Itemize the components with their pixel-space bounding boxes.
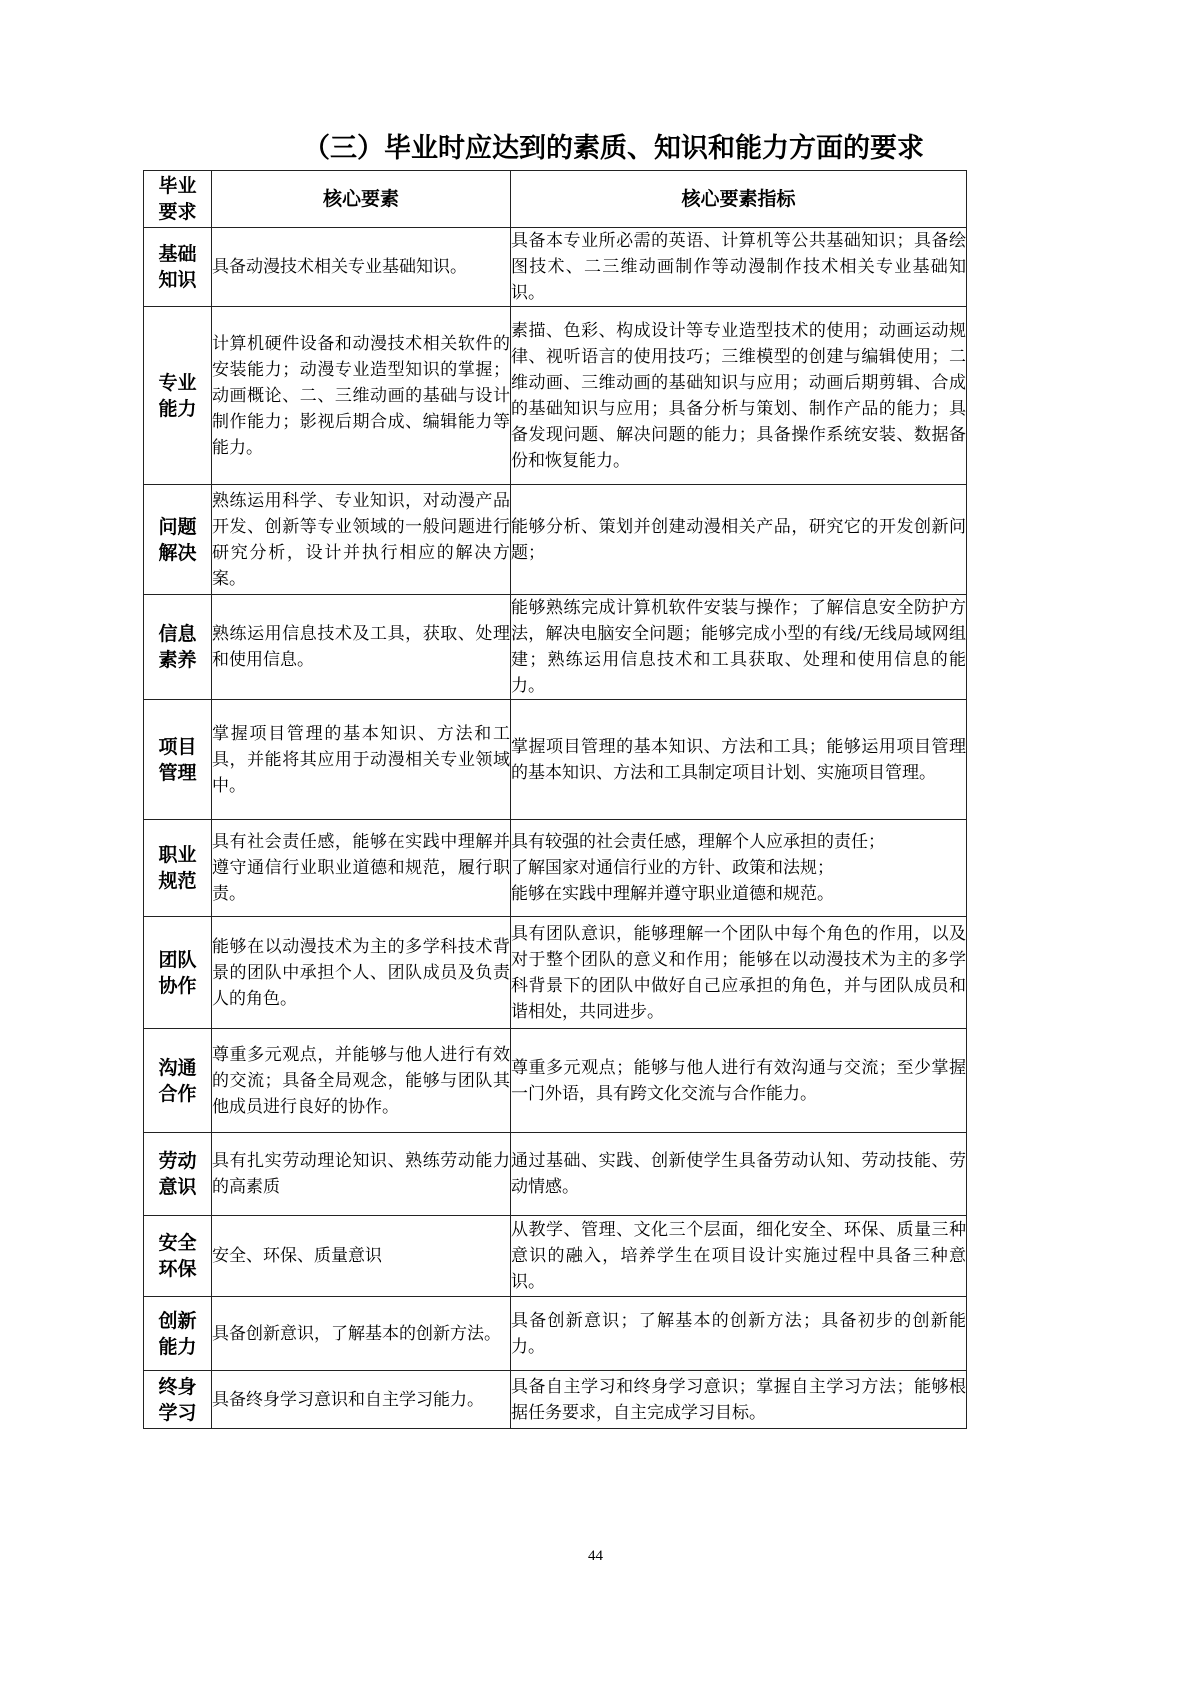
core-element: 具备动漫技术相关专业基础知识。 xyxy=(212,228,511,307)
core-element: 熟练运用信息技术及工具，获取、处理和使用信息。 xyxy=(212,595,511,700)
indicator-line: 具有较强的社会责任感，理解个人应承担的责任； xyxy=(511,829,966,855)
header-core-indicator: 核心要素指标 xyxy=(511,171,967,228)
requirements-table: 毕业 要求 核心要素 核心要素指标 基础 知识 具备动漫技术相关专业基础知识。 … xyxy=(143,170,967,1429)
req-line: 协作 xyxy=(144,973,211,999)
requirement-name: 安全 环保 xyxy=(144,1216,212,1297)
core-indicator: 具备创新意识；了解基本的创新方法；具备初步的创新能力。 xyxy=(511,1297,967,1371)
req-line: 职业 xyxy=(144,842,211,868)
req-line: 意识 xyxy=(144,1174,211,1200)
core-indicator: 具有团队意识，能够理解一个团队中每个角色的作用，以及对于整个团队的意义和作用；能… xyxy=(511,917,967,1029)
table-row: 团队 协作 能够在以动漫技术为主的多学科技术背景的团队中承担个人、团队成员及负责… xyxy=(144,917,967,1029)
core-element: 熟练运用科学、专业知识，对动漫产品开发、创新等专业领域的一般问题进行研究分析，设… xyxy=(212,485,511,595)
req-line: 专业 xyxy=(144,370,211,396)
req-line: 能力 xyxy=(144,396,211,422)
table-row: 安全 环保 安全、环保、质量意识 从教学、管理、文化三个层面，细化安全、环保、质… xyxy=(144,1216,967,1297)
req-line: 学习 xyxy=(144,1400,211,1426)
req-line: 知识 xyxy=(144,267,211,293)
req-line: 安全 xyxy=(144,1230,211,1256)
core-indicator: 掌握项目管理的基本知识、方法和工具；能够运用项目管理的基本知识、方法和工具制定项… xyxy=(511,700,967,820)
core-element: 掌握项目管理的基本知识、方法和工具，并能将其应用于动漫相关专业领域中。 xyxy=(212,700,511,820)
req-line: 管理 xyxy=(144,760,211,786)
req-line: 信息 xyxy=(144,621,211,647)
req-line: 素养 xyxy=(144,647,211,673)
core-indicator: 能够分析、策划并创建动漫相关产品，研究它的开发创新问题； xyxy=(511,485,967,595)
core-element: 具备创新意识，了解基本的创新方法。 xyxy=(212,1297,511,1371)
requirement-name: 专业 能力 xyxy=(144,307,212,485)
requirement-name: 团队 协作 xyxy=(144,917,212,1029)
requirement-name: 劳动 意识 xyxy=(144,1133,212,1216)
indicator-line: 了解国家对通信行业的方针、政策和法规； xyxy=(511,855,966,881)
page-number: 44 xyxy=(0,1548,1191,1565)
requirement-name: 创新 能力 xyxy=(144,1297,212,1371)
requirement-name: 问题 解决 xyxy=(144,485,212,595)
table-row: 项目 管理 掌握项目管理的基本知识、方法和工具，并能将其应用于动漫相关专业领域中… xyxy=(144,700,967,820)
req-line: 合作 xyxy=(144,1081,211,1107)
req-line: 团队 xyxy=(144,947,211,973)
table-header-row: 毕业 要求 核心要素 核心要素指标 xyxy=(144,171,967,228)
core-element: 能够在以动漫技术为主的多学科技术背景的团队中承担个人、团队成员及负责人的角色。 xyxy=(212,917,511,1029)
requirement-name: 基础 知识 xyxy=(144,228,212,307)
table-row: 问题 解决 熟练运用科学、专业知识，对动漫产品开发、创新等专业领域的一般问题进行… xyxy=(144,485,967,595)
req-line: 劳动 xyxy=(144,1148,211,1174)
core-indicator: 具备自主学习和终身学习意识；掌握自主学习方法；能够根据任务要求，自主完成学习目标… xyxy=(511,1371,967,1429)
core-indicator: 尊重多元观点；能够与他人进行有效沟通与交流；至少掌握一门外语，具有跨文化交流与合… xyxy=(511,1029,967,1133)
core-element: 具有扎实劳动理论知识、熟练劳动能力的高素质 xyxy=(212,1133,511,1216)
req-line: 基础 xyxy=(144,241,211,267)
core-element: 具备终身学习意识和自主学习能力。 xyxy=(212,1371,511,1429)
core-indicator: 具有较强的社会责任感，理解个人应承担的责任； 了解国家对通信行业的方针、政策和法… xyxy=(511,820,967,917)
core-indicator: 通过基础、实践、创新使学生具备劳动认知、劳动技能、劳动情感。 xyxy=(511,1133,967,1216)
requirement-name: 终身 学习 xyxy=(144,1371,212,1429)
core-element: 具有社会责任感，能够在实践中理解并遵守通信行业职业道德和规范，履行职责。 xyxy=(212,820,511,917)
table-row: 创新 能力 具备创新意识，了解基本的创新方法。 具备创新意识；了解基本的创新方法… xyxy=(144,1297,967,1371)
section-title: （三）毕业时应达到的素质、知识和能力方面的要求 xyxy=(0,132,1191,166)
req-line: 规范 xyxy=(144,868,211,894)
req-line: 环保 xyxy=(144,1256,211,1282)
core-indicator: 具备本专业所必需的英语、计算机等公共基础知识；具备绘图技术、二三维动画制作等动漫… xyxy=(511,228,967,307)
table-row: 信息 素养 熟练运用信息技术及工具，获取、处理和使用信息。 能够熟练完成计算机软… xyxy=(144,595,967,700)
core-indicator: 素描、色彩、构成设计等专业造型技术的使用；动画运动规律、视听语言的使用技巧；三维… xyxy=(511,307,967,485)
core-element: 安全、环保、质量意识 xyxy=(212,1216,511,1297)
table-row: 劳动 意识 具有扎实劳动理论知识、熟练劳动能力的高素质 通过基础、实践、创新使学… xyxy=(144,1133,967,1216)
requirement-name: 沟通 合作 xyxy=(144,1029,212,1133)
requirement-name: 职业 规范 xyxy=(144,820,212,917)
core-indicator: 能够熟练完成计算机软件安装与操作；了解信息安全防护方法，解决电脑安全问题；能够完… xyxy=(511,595,967,700)
core-indicator: 从教学、管理、文化三个层面，细化安全、环保、质量三种意识的融入，培养学生在项目设… xyxy=(511,1216,967,1297)
indicator-line: 能够在实践中理解并遵守职业道德和规范。 xyxy=(511,881,966,907)
req-line: 终身 xyxy=(144,1374,211,1400)
req-line: 沟通 xyxy=(144,1055,211,1081)
header-line: 要求 xyxy=(144,199,211,225)
req-line: 创新 xyxy=(144,1308,211,1334)
req-line: 项目 xyxy=(144,734,211,760)
requirement-name: 信息 素养 xyxy=(144,595,212,700)
header-core-element: 核心要素 xyxy=(212,171,511,228)
core-element: 尊重多元观点，并能够与他人进行有效的交流；具备全局观念，能够与团队其他成员进行良… xyxy=(212,1029,511,1133)
requirement-name: 项目 管理 xyxy=(144,700,212,820)
core-element: 计算机硬件设备和动漫技术相关软件的安装能力；动漫专业造型知识的掌握；动画概论、二… xyxy=(212,307,511,485)
req-line: 问题 xyxy=(144,514,211,540)
table-row: 基础 知识 具备动漫技术相关专业基础知识。 具备本专业所必需的英语、计算机等公共… xyxy=(144,228,967,307)
header-line: 毕业 xyxy=(144,173,211,199)
table-row: 沟通 合作 尊重多元观点，并能够与他人进行有效的交流；具备全局观念，能够与团队其… xyxy=(144,1029,967,1133)
table-row: 专业 能力 计算机硬件设备和动漫技术相关软件的安装能力；动漫专业造型知识的掌握；… xyxy=(144,307,967,485)
req-line: 解决 xyxy=(144,540,211,566)
req-line: 能力 xyxy=(144,1334,211,1360)
table-row: 终身 学习 具备终身学习意识和自主学习能力。 具备自主学习和终身学习意识；掌握自… xyxy=(144,1371,967,1429)
header-graduation-requirement: 毕业 要求 xyxy=(144,171,212,228)
table-row: 职业 规范 具有社会责任感，能够在实践中理解并遵守通信行业职业道德和规范，履行职… xyxy=(144,820,967,917)
